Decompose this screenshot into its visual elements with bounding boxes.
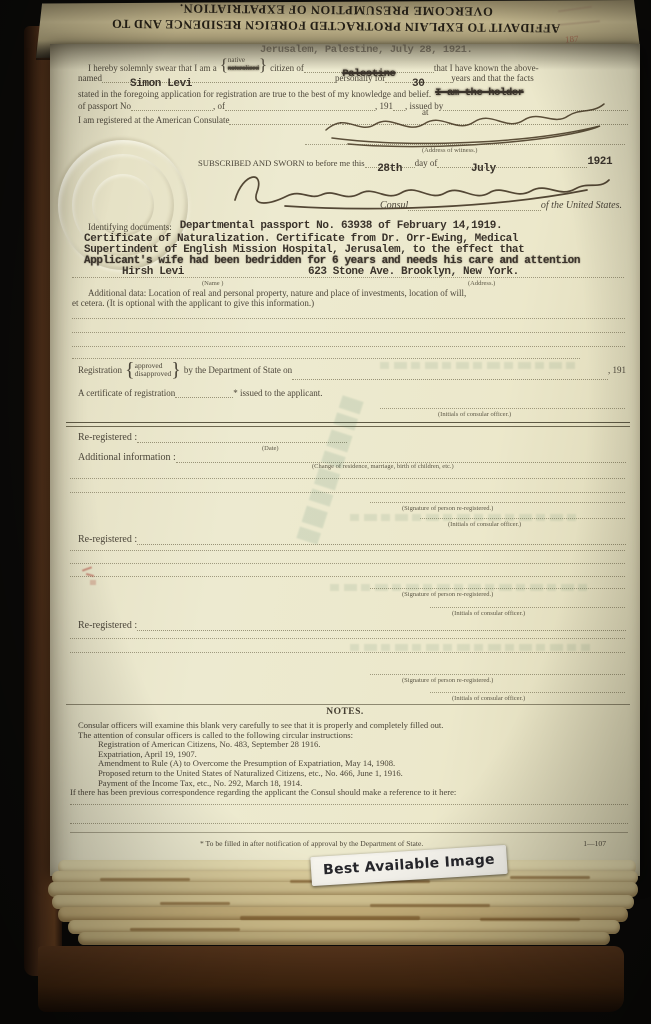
blank-line xyxy=(72,346,625,347)
notes-divider xyxy=(66,704,630,705)
known-above-label: that I have known the above- xyxy=(434,63,539,73)
rereg1-signature-line xyxy=(370,502,625,503)
photographed-register-book: AFFIDAVIT TO EXPLAIN PROTRACTED FOREIGN … xyxy=(0,0,651,1024)
form-number: 1—107 xyxy=(583,839,606,848)
initials-consular-officer-label: (Initials of consular officer.) xyxy=(438,411,511,418)
notes-line: Amendment to Rule (A) to Overcome the Pr… xyxy=(98,758,395,768)
notes-line: Proposed return to the United States of … xyxy=(98,768,403,778)
native-naturalized-brace: { native naturalized } xyxy=(220,56,267,73)
typed-dateline: Jerusalem, Palestine, July 28, 1921. xyxy=(260,44,472,56)
blank-line xyxy=(70,652,625,653)
contact-address-typed: 623 Stone Ave. Brooklyn, New York. xyxy=(308,266,519,278)
footnote: * To be filled in after notification of … xyxy=(200,839,423,848)
correspondence-line xyxy=(70,832,628,833)
address-label: (Address.) xyxy=(468,280,495,287)
ink-bleed-through xyxy=(296,395,363,544)
sticker-label: Best Available Image xyxy=(323,852,496,879)
identifying-typed-1: Departmental passport No. 63938 of Febru… xyxy=(180,220,502,232)
blank-line xyxy=(70,563,625,564)
blank-line xyxy=(72,318,625,319)
notes-title: NOTES. xyxy=(50,707,640,717)
oath-line-1: I hereby solemnly swear that I am a { na… xyxy=(88,56,628,73)
signature-person-label: (Signature of person re-registered.) xyxy=(402,677,493,684)
ink-bleed-through xyxy=(350,644,590,651)
notes-line: If there has been previous correspondenc… xyxy=(70,787,456,797)
blank-line xyxy=(70,550,625,551)
oath-line-2: named Simon Levi personally for 30 years… xyxy=(78,73,628,83)
rereg2-label-row: Re-registered : xyxy=(78,534,626,545)
registration-form-page: Jerusalem, Palestine, July 28, 1921. I h… xyxy=(50,44,640,876)
notes-line: Registration of American Citizens, No. 4… xyxy=(98,739,320,749)
oath-swear-pre: I hereby solemnly swear that I am a xyxy=(88,63,217,73)
book-cover-bottom-edge xyxy=(38,946,624,1012)
initials-line xyxy=(380,408,625,409)
name-label: (Name ) xyxy=(202,280,223,287)
red-pencil-mark xyxy=(90,580,96,585)
rereg3-initials-line xyxy=(430,692,625,693)
approved-disapproved-brace: { approved disapproved } xyxy=(125,360,181,380)
additional-data-line1: Additional data: Location of real and pe… xyxy=(88,288,466,298)
blank-line xyxy=(70,638,625,639)
initials-consular-officer-label: (Initials of consular officer.) xyxy=(452,610,525,617)
signature-person-label: (Signature of person re-registered.) xyxy=(402,505,493,512)
ink-bleed-through xyxy=(330,584,590,591)
option-disapproved: disapproved xyxy=(135,370,172,378)
signature-person-label: (Signature of person re-registered.) xyxy=(402,591,493,598)
address-of-witness-label: (Address of witness.) xyxy=(422,147,477,154)
initials-consular-officer-label: (Initials of consular officer.) xyxy=(452,695,525,702)
rereg1-label-row: Re-registered : xyxy=(78,432,347,443)
citizen-of-label: citizen of xyxy=(270,63,304,73)
additional-data-line2: et cetera. (It is optional with the appl… xyxy=(72,298,314,308)
rereg2-initials-line xyxy=(430,607,625,608)
ink-bleed-through xyxy=(380,362,580,369)
notes-line: Consular officers will examine this blan… xyxy=(78,720,443,730)
flipped-page-title: AFFIDAVIT TO EXPLAIN PROTRACTED FOREIGN … xyxy=(76,0,596,36)
witness-signature xyxy=(318,92,613,148)
ink-bleed-through xyxy=(350,514,580,521)
blank-line xyxy=(70,492,625,493)
rereg3-label-row: Re-registered : xyxy=(78,620,626,631)
certificate-row: A certificate of registration * issued t… xyxy=(78,388,322,398)
correspondence-line xyxy=(70,823,628,824)
blank-line xyxy=(70,478,625,479)
date-label: (Date) xyxy=(262,445,279,452)
initials-consular-officer-label: (Initials of consular officer.) xyxy=(448,521,521,528)
red-pencil-mark xyxy=(82,566,92,571)
correspondence-line xyxy=(70,804,628,805)
identifying-row: Identifying documents: Departmental pass… xyxy=(88,220,628,232)
consul-line: Consul of the United States. xyxy=(380,200,622,211)
contact-name-typed: Hirsh Levi xyxy=(122,266,184,278)
rereg3-signature-line xyxy=(370,674,625,675)
blank-line xyxy=(70,576,625,577)
blank-line xyxy=(72,332,625,333)
additional-information-row: Additional information : xyxy=(78,452,626,463)
option-naturalized-struck: naturalized xyxy=(228,65,259,73)
witness-signature-line xyxy=(305,144,625,145)
blank-line xyxy=(72,358,580,359)
